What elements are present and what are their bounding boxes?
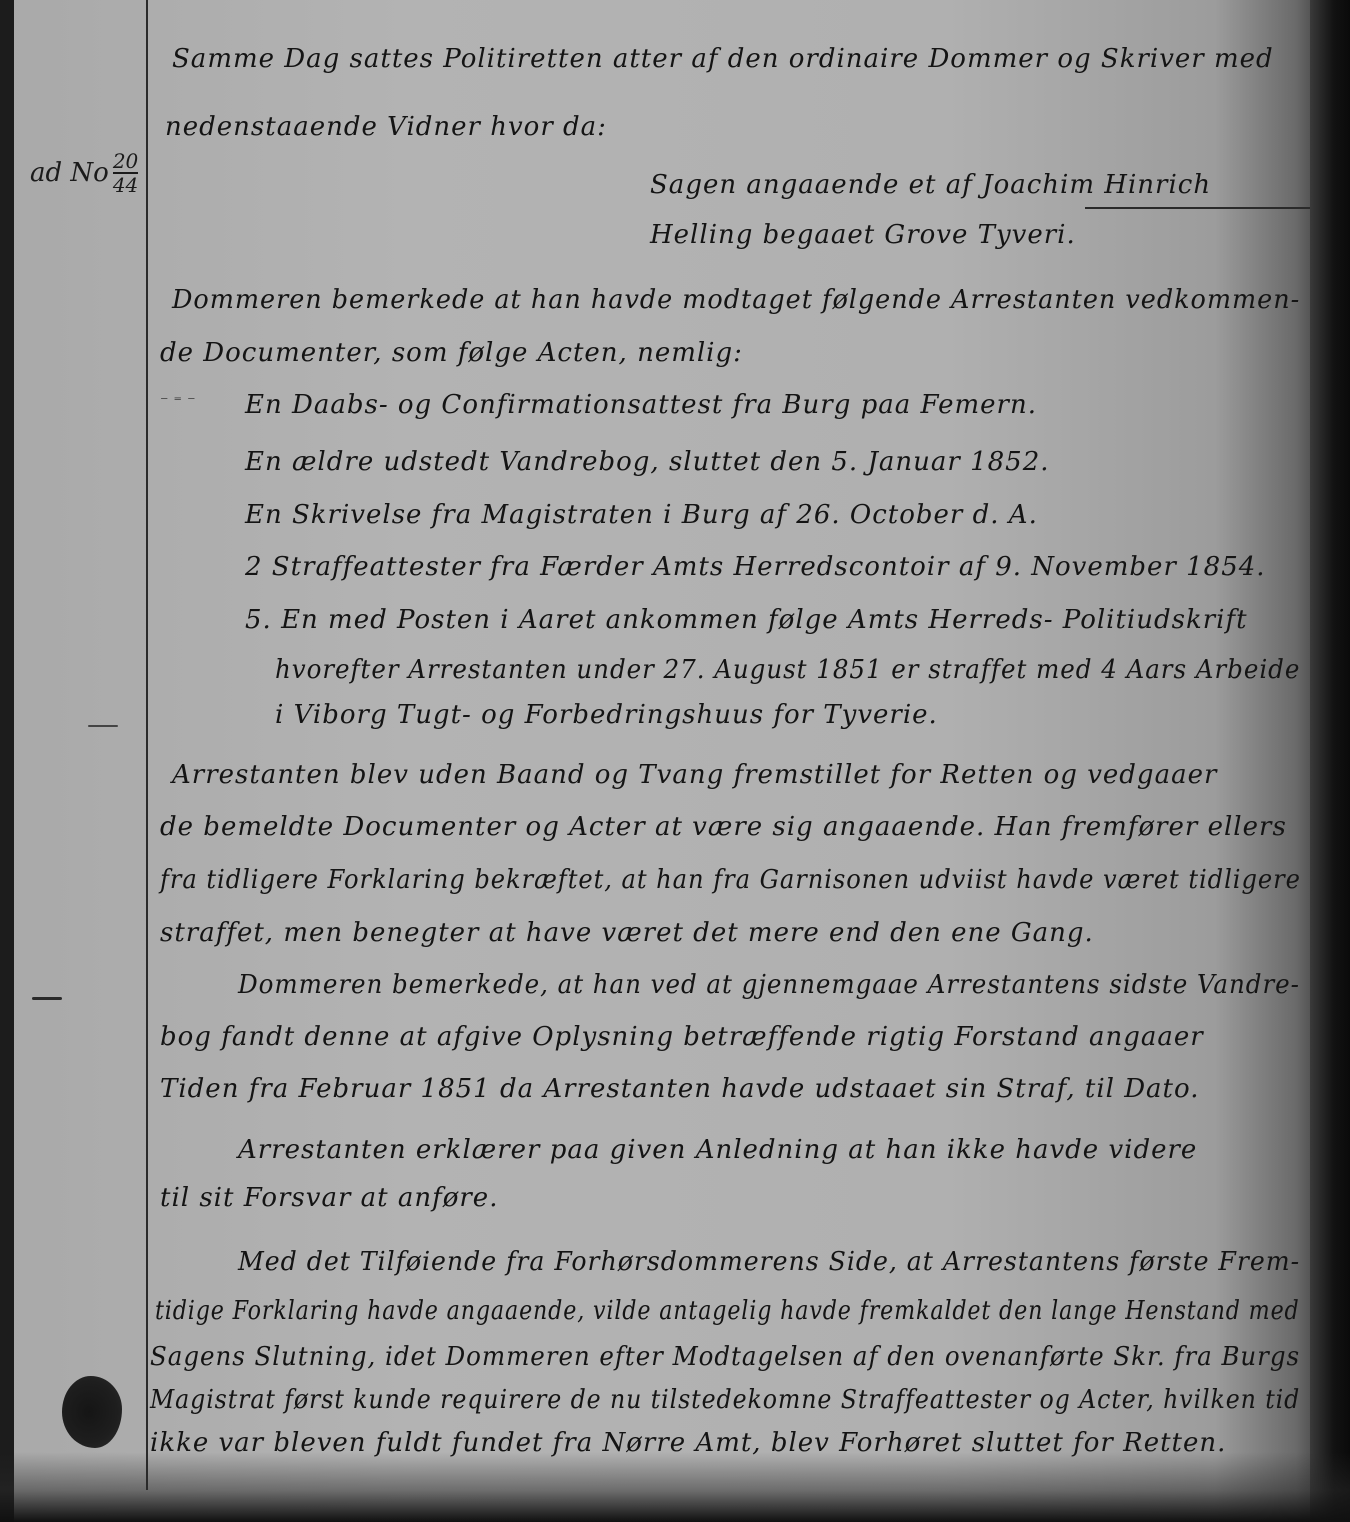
- document-list-item-5-line-1: 5. En med Posten i Aaret ankommen følge …: [245, 605, 1248, 635]
- paragraph-2-line-3: fra tidligere Forklaring bekræftet, at h…: [160, 865, 1301, 895]
- paragraph-1-line-2: de Documenter, som følge Acten, nemlig:: [160, 338, 743, 368]
- paragraph-5-line-5: ikke var bleven fuldt fundet fra Nørre A…: [150, 1428, 1226, 1458]
- paragraph-3-line-1: Dommeren bemerkede, at han ved at gjenne…: [238, 970, 1300, 1000]
- document-list-item-3: En Skrivelse fra Magistraten i Burg af 2…: [245, 500, 1038, 530]
- paragraph-2-line-2: de bemeldte Documenter og Acter at være …: [160, 812, 1287, 842]
- heading-underline-stroke: [1085, 207, 1310, 209]
- document-list-item-1: En Daabs- og Confirmationsattest fra Bur…: [245, 390, 1037, 420]
- case-heading-line-2: Helling begaaet Grove Tyveri.: [650, 220, 1076, 250]
- case-heading-line-1: Sagen angaaende et af Joachim Hinrich: [650, 170, 1211, 200]
- paragraph-1-line-1: Dommeren bemerkede at han havde modtaget…: [172, 285, 1300, 315]
- intro-line-1: Samme Dag sattes Politiretten atter af d…: [172, 44, 1274, 74]
- paragraph-4-line-1: Arrestanten erklærer paa given Anledning…: [238, 1135, 1197, 1165]
- intro-line-2: nedenstaaende Vidner hvor da:: [165, 112, 607, 142]
- paragraph-3-line-3: Tiden fra Februar 1851 da Arrestanten ha…: [160, 1074, 1199, 1104]
- paragraph-3-line-2: bog fandt denne at afgive Oplysning betr…: [160, 1022, 1204, 1052]
- document-list-item-2: En ældre udstedt Vandrebog, sluttet den …: [245, 447, 1050, 477]
- paragraph-2-line-1: Arrestanten blev uden Baand og Tvang fre…: [172, 760, 1217, 790]
- document-list-item-5-line-2: hvorefter Arrestanten under 27. August 1…: [275, 655, 1300, 685]
- paragraph-5-line-4: Magistrat først kunde requirere de nu ti…: [150, 1385, 1300, 1415]
- paragraph-2-line-4: straffet, men benegter at have været det…: [160, 918, 1094, 948]
- document-body: Samme Dag sattes Politiretten atter af d…: [0, 0, 1350, 1522]
- document-page: ad No 20 44 ⁻ ⁼ ⁻ Samme Dag sattes Polit…: [0, 0, 1350, 1522]
- document-list-item-4: 2 Straffeattester fra Færder Amts Herred…: [245, 552, 1266, 582]
- document-list-item-5-line-3: i Viborg Tugt- og Forbedringshuus for Ty…: [275, 700, 938, 730]
- paragraph-5-line-1: Med det Tilføiende fra Forhørsdommerens …: [238, 1247, 1300, 1277]
- paragraph-4-line-2: til sit Forsvar at anføre.: [160, 1183, 498, 1213]
- paragraph-5-line-3: Sagens Slutning, idet Dommeren efter Mod…: [150, 1342, 1300, 1372]
- paragraph-5-line-2: tidige Forklaring havde angaaende, vilde…: [155, 1296, 1300, 1326]
